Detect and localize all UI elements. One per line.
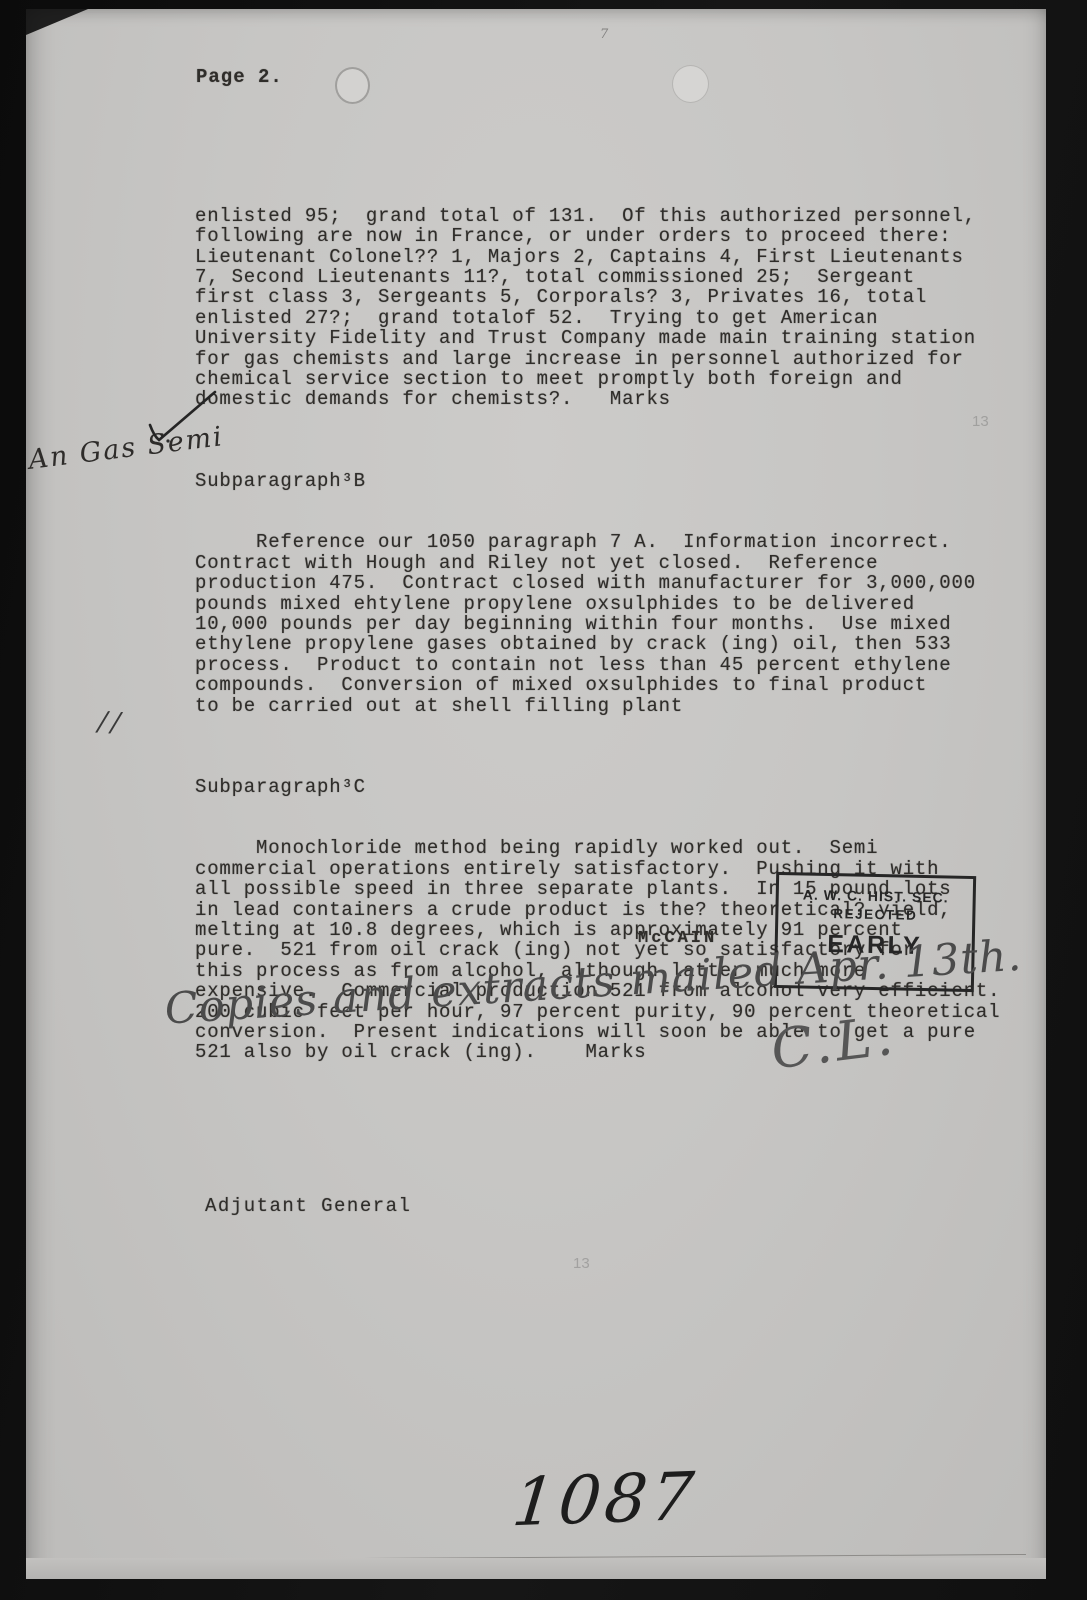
stamp-line-2: REJECTED	[778, 905, 972, 924]
signature-mccain: McCAIN	[638, 929, 717, 948]
stamp-line-1: A. W. C. HIST. SEC.	[779, 886, 973, 906]
subparagraph-c-heading: Subparagraph³C	[195, 777, 1000, 797]
punch-hole-left	[335, 67, 370, 104]
subparagraph-b-heading: Subparagraph³B	[195, 471, 1000, 491]
page-header: Page 2.	[196, 66, 283, 88]
scan-background: 7 Page 2. enlisted 95; grand total of 13…	[0, 0, 1087, 1600]
margin-checkmark-icon	[138, 385, 222, 453]
paragraph-b: Reference our 1050 paragraph 7 A. Inform…	[195, 532, 1000, 716]
paper: 7 Page 2. enlisted 95; grand total of 13…	[26, 9, 1046, 1579]
page-number-handwritten: 1087	[509, 1458, 701, 1542]
paper-corner-fold	[26, 9, 88, 35]
adjutant-general-footer: Adjutant General	[205, 1195, 411, 1217]
bottom-strip	[26, 1558, 1046, 1579]
faint-mark-1: 13	[972, 413, 989, 430]
paragraph-1: enlisted 95; grand total of 131. Of this…	[195, 206, 1000, 410]
punch-hole-right	[672, 65, 709, 103]
top-mark: 7	[600, 27, 608, 42]
faint-mark-2: 13	[573, 1255, 590, 1272]
margin-marks: //	[97, 706, 125, 739]
